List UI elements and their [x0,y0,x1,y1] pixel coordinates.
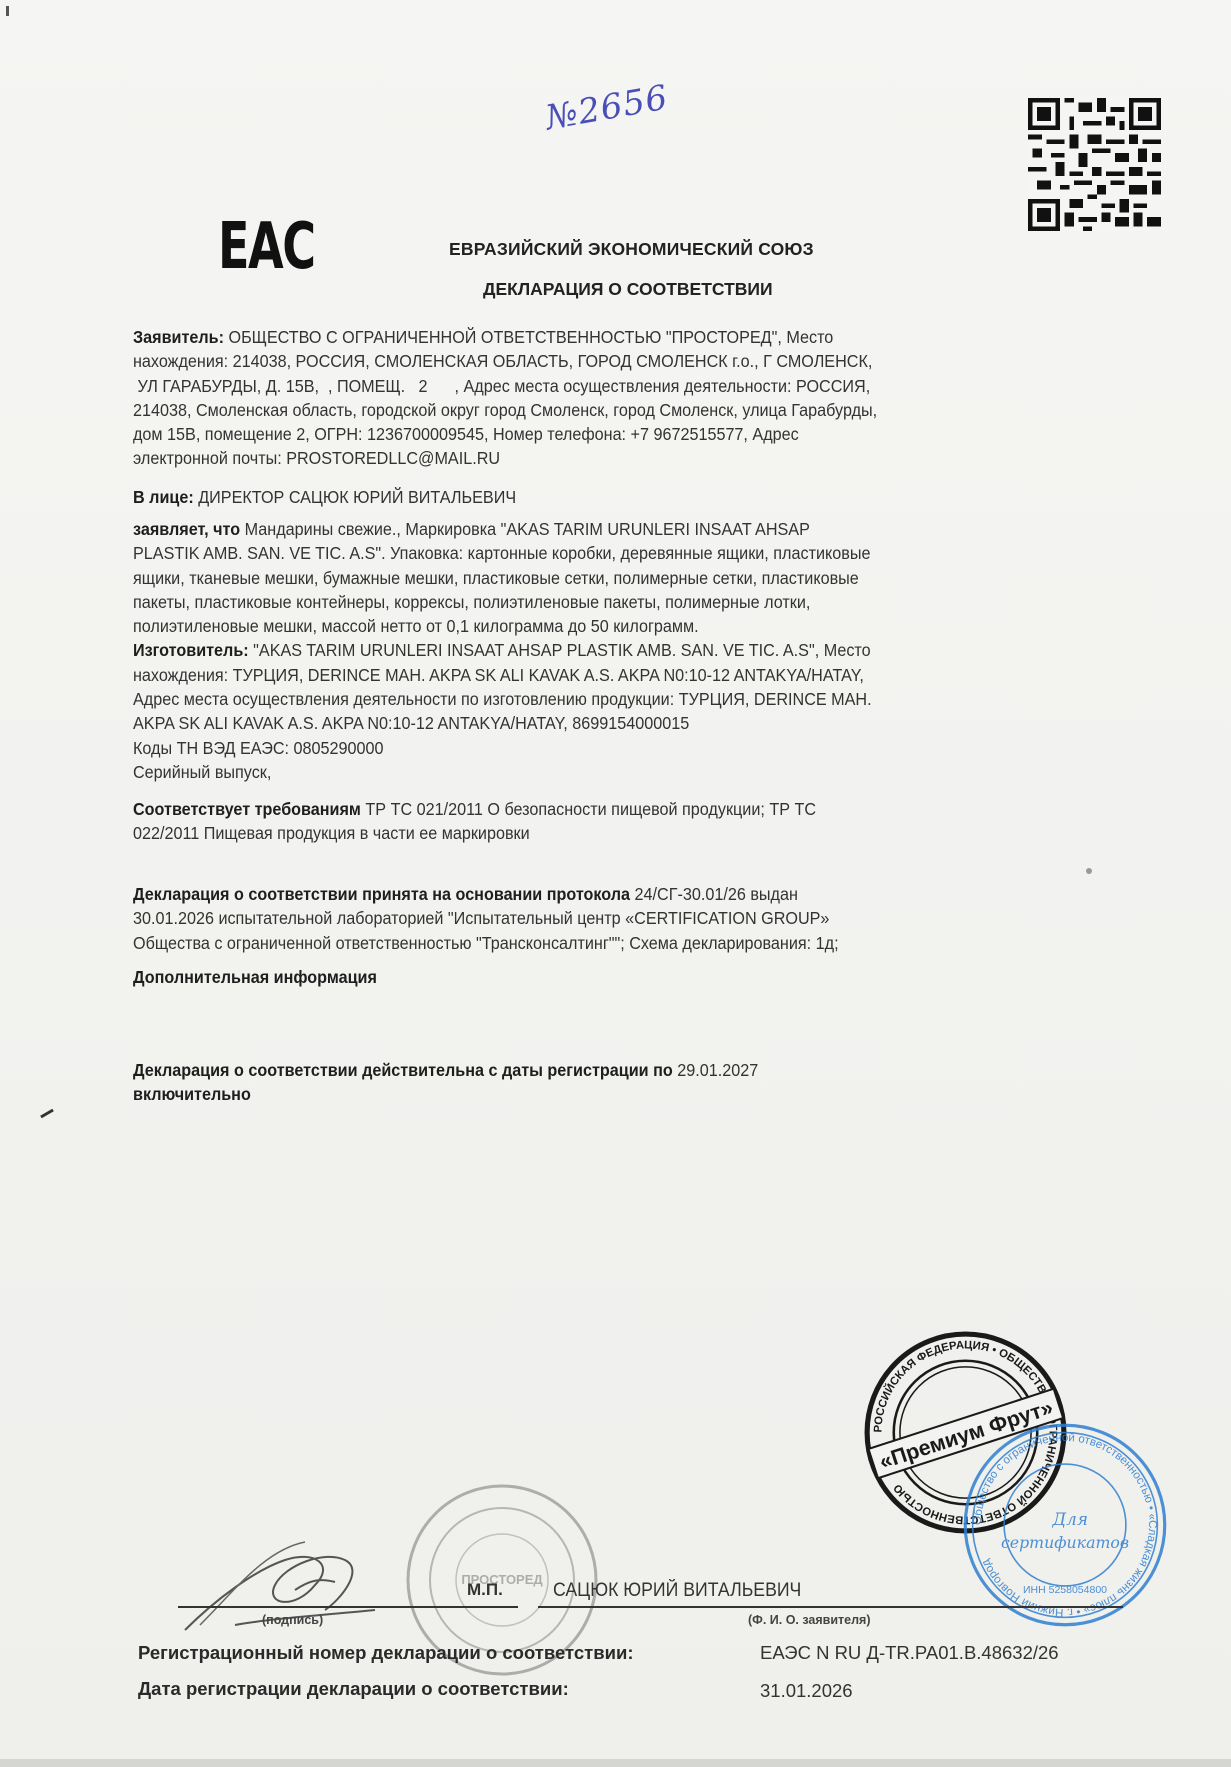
scan-mark [40,1109,54,1119]
represented-by-value: ДИРЕКТОР САЦЮК ЮРИЙ ВИТАЛЬЕВИЧ [198,487,516,507]
name-caption: (Ф. И. О. заявителя) [748,1613,871,1627]
validity-date: 29.01.2027 [677,1060,758,1080]
manufacturer-line: AKPA SK ALI KAVAK A.S. AKPA N0:10-12 ANT… [133,711,1137,735]
applicant-line: УЛ ГАРАБУРДЫ, Д. 15В, , ПОМЕЩ. 2 , Адрес… [133,374,1137,398]
tn-ved-codes: Коды ТН ВЭД ЕАЭС: 0805290000 [133,736,1137,760]
svg-text:сертификатов: сертификатов [1001,1533,1129,1552]
applicant-line: ОБЩЕСТВО С ОГРАНИЧЕННОЙ ОТВЕТСТВЕННОСТЬЮ… [228,327,833,347]
scan-corner-mark [6,6,9,16]
signature-line [178,1606,518,1608]
conformity-section: Соответствует требованиям ТР ТС 021/2011… [133,797,1137,846]
eac-logo: ЕАС [218,210,315,284]
declares-label: заявляет, что [133,519,240,539]
manufacturer-line: "AKAS TARIM URUNLERI INSAAT AHSAP PLASTI… [253,640,870,660]
applicant-label: Заявитель: [133,327,224,347]
svg-text:Для: Для [1052,1509,1088,1529]
scan-bottom-edge [0,1759,1231,1767]
product-section: заявляет, что Мандарины свежие., Маркиро… [133,517,1137,784]
svg-text:ИНН 5258054800: ИНН 5258054800 [1023,1584,1107,1596]
registration-number-label: Регистрационный номер декларации о соотв… [138,1642,634,1664]
registration-date-label: Дата регистрации декларации о соответств… [138,1678,569,1700]
signature-caption: (подпись) [262,1613,323,1627]
signer-name: САЦЮК ЮРИЙ ВИТАЛЬЕВИЧ [553,1580,801,1602]
union-title: ЕВРАЗИЙСКИЙ ЭКОНОМИЧЕСКИЙ СОЮЗ [449,239,814,260]
validity-label: Декларация о соответствии действительна … [133,1060,673,1080]
manufacturer-label: Изготовитель: [133,640,249,660]
conformity-line: ТР ТС 021/2011 О безопасности пищевой пр… [365,799,816,819]
validity-suffix: включительно [133,1084,251,1104]
basis-line: 30.01.2026 испытательной лабораторией "И… [133,906,1137,930]
declares-line: пакеты, пластиковые контейнеры, коррексы… [133,590,1137,614]
manufacturer-line: Адрес места осуществления деятельности п… [133,687,1137,711]
declares-line: Мандарины свежие., Маркировка "AKAS TARI… [245,519,810,539]
applicant-line: 214038, Смоленская область, городской ок… [133,398,1137,422]
registration-date-value: 31.01.2026 [760,1680,853,1702]
declaration-title: ДЕКЛАРАЦИЯ О СООТВЕТСТВИИ [483,279,773,300]
qr-code-icon [1028,97,1161,232]
handwritten-number: №2656 [542,78,671,139]
basis-line: Общества с ограниченной ответственностью… [133,931,1137,955]
basis-line: 24/СГ-30.01/26 выдан [635,884,798,904]
validity-section: Декларация о соответствии действительна … [133,1058,1137,1107]
basis-section: Декларация о соответствии принята на осн… [133,882,1137,955]
scan-speck [1086,868,1092,874]
additional-info-label: Дополнительная информация [133,967,377,987]
conformity-line: 022/2011 Пищевая продукция в части ее ма… [133,821,1137,845]
declares-line: ящики, тканевые мешки, бумажные мешки, п… [133,566,1137,590]
applicant-line: дом 15В, помещение 2, ОГРН: 123670000954… [133,422,1137,446]
declares-line: PLASTIK AMB. SAN. VE TIC. A.S". Упаковка… [133,541,1137,565]
applicant-line: электронной почты: PROSTOREDLLC@MAIL.RU [133,446,1137,470]
mp-seal-label: М.П. [467,1580,503,1600]
basis-label: Декларация о соответствии принята на осн… [133,884,630,904]
manufacturer-line: нахождения: ТУРЦИЯ, DERINCE MAH. AKPA SK… [133,663,1137,687]
name-line [538,1606,1123,1608]
represented-by-label: В лице: [133,487,194,507]
conformity-label: Соответствует требованиям [133,799,361,819]
represented-by-section: В лице: ДИРЕКТОР САЦЮК ЮРИЙ ВИТАЛЬЕВИЧ [133,485,1137,509]
sladkaya-zhizn-stamp-icon: Общество с ограниченной ответственностью… [960,1420,1170,1630]
additional-info-section: Дополнительная информация [133,965,1137,989]
registration-number-value: ЕАЭС N RU Д-TR.PA01.B.48632/26 [760,1642,1059,1664]
production-type: Серийный выпуск, [133,760,1137,784]
declaration-page: №2656 ЕАС ЕВРАЗИЙСКИЙ ЭКОНОМИЧЕСКИЙ СОЮЗ… [0,0,1231,1767]
applicant-line: нахождения: 214038, РОССИЯ, СМОЛЕНСКАЯ О… [133,349,1137,373]
applicant-section: Заявитель: ОБЩЕСТВО С ОГРАНИЧЕННОЙ ОТВЕТ… [133,325,1137,471]
declares-line: полиэтиленовые мешки, массой нетто от 0,… [133,614,1137,638]
